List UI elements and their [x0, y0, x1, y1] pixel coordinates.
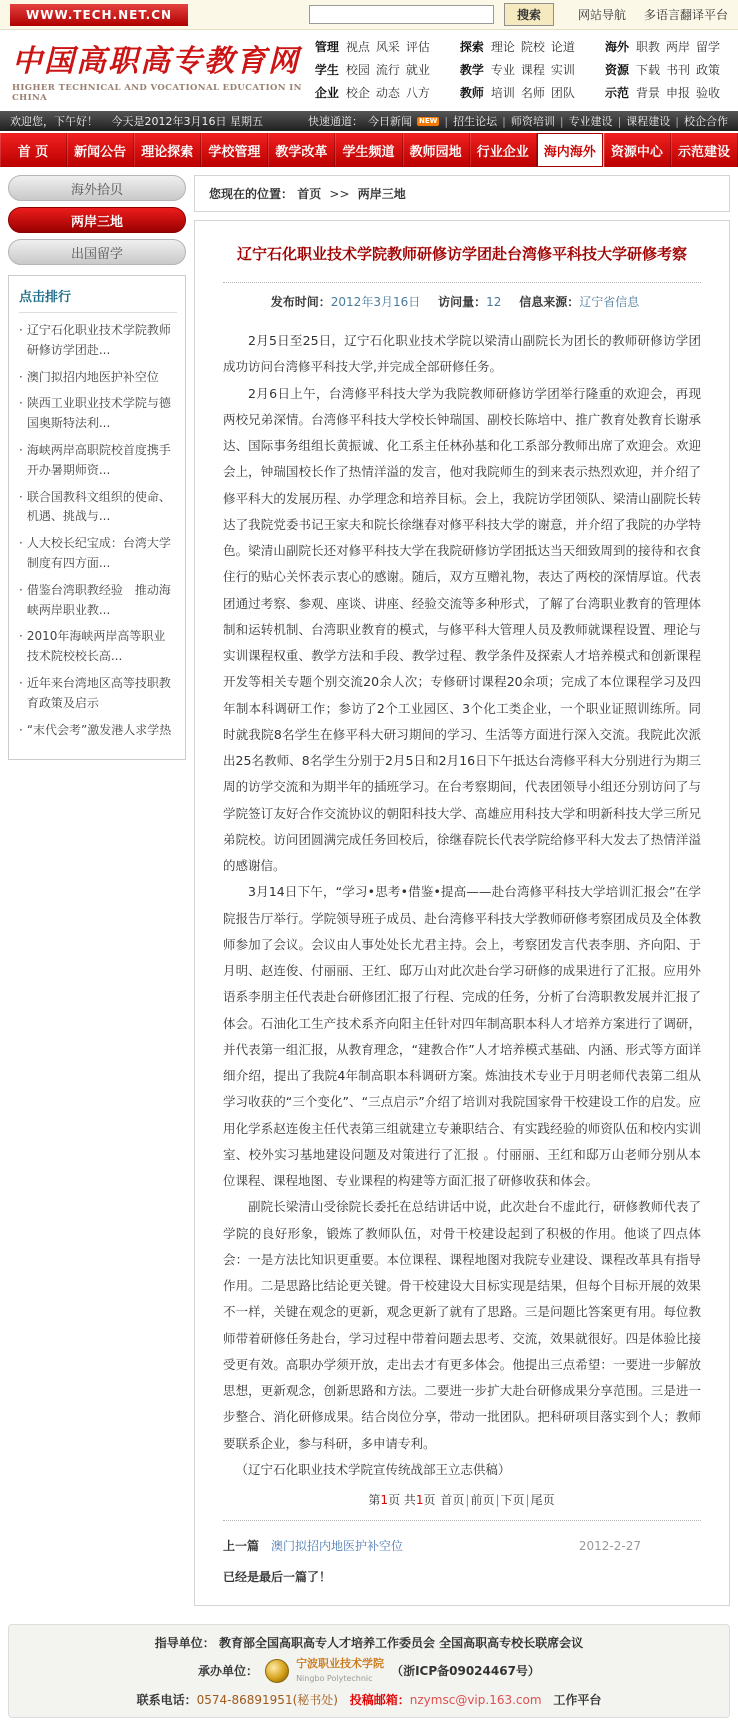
icp-number: （浙ICP备09024467号）: [391, 1662, 540, 1679]
breadcrumb-current-link[interactable]: 两岸三地: [358, 187, 406, 201]
group-head[interactable]: 资源: [605, 63, 629, 77]
group-link[interactable]: 动态: [376, 86, 400, 100]
rank-item[interactable]: ·近年来台湾地区高等技职教育政策及启示: [19, 674, 177, 714]
bullet-icon: ·: [19, 394, 23, 434]
group-link[interactable]: 课程: [521, 63, 545, 77]
bullet-icon: ·: [19, 581, 23, 621]
pagination-first-link[interactable]: 首页: [440, 1493, 464, 1507]
pagination-text: 页: [424, 1493, 436, 1507]
separator: |: [560, 115, 564, 128]
guidance-unit-value: 教育部全国高职高专人才培养工作委员会 全国高职高专校长联席会议: [219, 1636, 583, 1650]
rank-item[interactable]: ·联合国教科文组织的使命、机遇、挑战与...: [19, 488, 177, 528]
previous-article-row: 上一篇 澳门拟招内地医护补空位 2012-2-27: [223, 1537, 701, 1554]
source-value: 辽宁省信息: [579, 295, 639, 309]
group-link[interactable]: 论道: [551, 40, 575, 54]
group-head[interactable]: 示范: [605, 86, 629, 100]
site-url-badge[interactable]: WWW.TECH.NET.CN: [10, 4, 188, 26]
last-article-note: 已经是最后一篇了！: [223, 1568, 701, 1585]
group-link[interactable]: 评估: [406, 40, 430, 54]
nav-domestic-overseas-active[interactable]: 海内海外: [537, 133, 604, 167]
breadcrumb-label: 您现在的位置：: [209, 187, 293, 201]
group-link[interactable]: 流行: [376, 63, 400, 77]
group-link[interactable]: 八方: [406, 86, 430, 100]
quick-link-enrollment-forum[interactable]: 招生论坛: [453, 113, 497, 129]
separator: |: [495, 1493, 499, 1507]
article-meta: 发布时间：2012年3月16日 访问量：12 信息来源：辽宁省信息: [223, 293, 701, 310]
translate-link[interactable]: 多语言翻译平台: [644, 6, 728, 23]
nav-news[interactable]: 新闻公告: [67, 133, 134, 167]
nav-student-channel[interactable]: 学生频道: [335, 133, 402, 167]
visits-value: 12: [486, 295, 501, 309]
new-badge-icon: NEW: [417, 117, 439, 126]
bullet-icon: ·: [19, 721, 23, 741]
group-link[interactable]: 两岸: [666, 40, 690, 54]
breadcrumb: 您现在的位置： 首页 >> 两岸三地: [194, 175, 730, 212]
group-head[interactable]: 学生: [315, 63, 339, 77]
organizer-name-en: Ningbo Polytechnic: [296, 1674, 372, 1683]
separator: |: [618, 115, 622, 128]
article-body: 2月5日至25日，辽宁石化职业技术学院以梁清山副院长为团长的教师研修访学团成功访…: [223, 328, 701, 1483]
top-utility-bar: WWW.TECH.NET.CN 搜索 网站导航 多语言翻译平台: [0, 0, 738, 30]
submission-mail-link[interactable]: nzymsc@vip.163.com: [410, 1693, 542, 1707]
group-link[interactable]: 职教: [636, 40, 660, 54]
group-link[interactable]: 背景: [636, 86, 660, 100]
rank-item[interactable]: ·辽宁石化职业技术学院教师研修访学团赴...: [19, 321, 177, 361]
nav-teacher-garden[interactable]: 教师园地: [403, 133, 470, 167]
rank-item-text: “末代会考”激发港人求学热: [27, 721, 171, 741]
link-group-enterprise: 企业校企动态八方: [315, 84, 436, 101]
paragraph-4: 副院长梁清山受徐院长委托在总结讲话中说，此次赴台不虚此行，研修教师代表了学院的良…: [223, 1194, 701, 1457]
breadcrumb-home-link[interactable]: 首页: [297, 187, 321, 201]
logo[interactable]: 中国高职高专教育网 HIGHER TECHNICAL AND VOCATIONA…: [12, 36, 315, 103]
separator: |: [502, 115, 506, 128]
content-column: 您现在的位置： 首页 >> 两岸三地 辽宁石化职业技术学院教师研修访学团赴台湾修…: [194, 175, 730, 1606]
source-label: 信息来源：: [519, 295, 579, 309]
link-group-teaching: 教学专业课程实训: [460, 61, 581, 78]
rank-item-text: 陕西工业职业技术学院与德国奥斯特法利...: [27, 394, 177, 434]
separator: |: [526, 1493, 530, 1507]
rank-item[interactable]: ·陕西工业职业技术学院与德国奥斯特法利...: [19, 394, 177, 434]
previous-article-link[interactable]: 澳门拟招内地医护补空位: [271, 1537, 403, 1554]
visits-label: 访问量：: [438, 295, 486, 309]
bullet-icon: ·: [19, 627, 23, 667]
greeting-text: 欢迎您，下午好！: [10, 115, 98, 128]
rank-item[interactable]: ·海峡两岸高职院校首度携手开办暑期师资...: [19, 441, 177, 481]
quick-link-school-enterprise[interactable]: 校企合作: [684, 113, 728, 129]
welcome-bar: 欢迎您，下午好！ 今天是2012年3月16日 星期五 快速通道： 今日新闻 NE…: [0, 111, 738, 131]
quick-link-teacher-training[interactable]: 师资培训: [511, 113, 555, 129]
link-group-explore: 探索理论院校论道: [460, 38, 581, 55]
organizer-label: 承办单位：: [198, 1662, 258, 1679]
rank-item-text: 辽宁石化职业技术学院教师研修访学团赴...: [27, 321, 177, 361]
nav-theory[interactable]: 理论探索: [134, 133, 201, 167]
article-title: 辽宁石化职业技术学院教师研修访学团赴台湾修平科技大学研修考察: [223, 243, 701, 264]
click-ranking-list: ·辽宁石化职业技术学院教师研修访学团赴... ·澳门拟招内地医护补空位 ·陕西工…: [19, 321, 177, 740]
quick-link-major-building[interactable]: 专业建设: [569, 113, 613, 129]
group-link[interactable]: 理论: [491, 40, 515, 54]
nav-teaching-reform[interactable]: 教学改革: [268, 133, 335, 167]
rank-item-text: 近年来台湾地区高等技职教育政策及启示: [27, 674, 177, 714]
rank-item-text: 借鉴台湾职教经验 推动海峡两岸职业教...: [27, 581, 177, 621]
group-head[interactable]: 管理: [315, 40, 339, 54]
group-link[interactable]: 就业: [406, 63, 430, 77]
group-link[interactable]: 团队: [551, 86, 575, 100]
group-link[interactable]: 验收: [696, 86, 720, 100]
logo-subtitle: HIGHER TECHNICAL AND VOCATIONAL EDUCATIO…: [12, 83, 315, 103]
bullet-icon: ·: [19, 488, 23, 528]
pagination-prev-link[interactable]: 前页: [470, 1493, 494, 1507]
previous-article-date: 2012-2-27: [579, 1539, 641, 1553]
header: 中国高职高专教育网 HIGHER TECHNICAL AND VOCATIONA…: [0, 30, 738, 111]
bullet-icon: ·: [19, 368, 23, 388]
search-input[interactable]: [309, 5, 494, 24]
article-box: 辽宁石化职业技术学院教师研修访学团赴台湾修平科技大学研修考察 发布时间：2012…: [194, 220, 730, 1606]
phone-label: 联系电话：: [137, 1693, 197, 1707]
guidance-unit-label: 指导单位：: [155, 1636, 215, 1650]
paragraph-3: 3月14日下午，“学习•思考•借鉴•提高——赴台湾修平科技大学培训汇报会”在学院…: [223, 879, 701, 1194]
publish-time-label: 发布时间：: [271, 295, 331, 309]
ningbo-polytechnic-logo-icon: [265, 1659, 289, 1683]
organizer-name-cn: 宁波职业技术学院: [296, 1657, 384, 1670]
rank-item-text: 海峡两岸高职院校首度携手开办暑期师资...: [27, 441, 177, 481]
group-link[interactable]: 书刊: [666, 63, 690, 77]
topbar-links: 网站导航 多语言翻译平台: [578, 6, 728, 23]
group-link[interactable]: 培训: [491, 86, 515, 100]
separator: |: [465, 1493, 469, 1507]
quick-link-course-building[interactable]: 课程建设: [626, 113, 670, 129]
group-head[interactable]: 教学: [460, 63, 484, 77]
sidebar: 海外拾贝 两岸三地 出国留学 点击排行 ·辽宁石化职业技术学院教师研修访学团赴.…: [8, 175, 186, 760]
dotted-divider: [223, 282, 701, 283]
welcome-text: 欢迎您，下午好！ 今天是2012年3月16日 星期五: [10, 113, 273, 129]
group-link[interactable]: 院校: [521, 40, 545, 54]
article-attribution: （辽宁石化职业技术学院宣传统战部王立志供稿）: [223, 1457, 701, 1483]
bullet-icon: ·: [19, 534, 23, 574]
rank-item[interactable]: ·“末代会考”激发港人求学热: [19, 721, 177, 741]
group-head[interactable]: 教师: [460, 86, 484, 100]
nav-school-management[interactable]: 学校管理: [201, 133, 268, 167]
date-text: 今天是2012年3月16日 星期五: [112, 115, 264, 128]
group-link[interactable]: 校企: [346, 86, 370, 100]
group-head[interactable]: 探索: [460, 40, 484, 54]
group-link[interactable]: 风采: [376, 40, 400, 54]
rank-item[interactable]: ·借鉴台湾职教经验 推动海峡两岸职业教...: [19, 581, 177, 621]
paragraph-2: 2月6日上午，台湾修平科技大学为我院教师研修访学团举行隆重的欢迎会，再现两校兄弟…: [223, 381, 701, 880]
header-link-groups: 管理视点风采评估 学生校园流行就业 企业校企动态八方 探索理论院校论道 教学专业…: [315, 38, 726, 101]
site-nav-link[interactable]: 网站导航: [578, 6, 626, 23]
link-group-student: 学生校园流行就业: [315, 61, 436, 78]
quick-channel: 快速通道： 今日新闻 NEW | 招生论坛 | 师资培训 | 专业建设 | 课程…: [308, 113, 728, 129]
quick-channel-label: 快速通道：: [308, 113, 363, 129]
rank-item[interactable]: ·澳门拟招内地医护补空位: [19, 368, 177, 388]
footer-contact-line: 联系电话：0574-86891951(秘书处) 投稿邮箱：nzymsc@vip.…: [19, 1691, 719, 1708]
group-link[interactable]: 政策: [696, 63, 720, 77]
link-group-management: 管理视点风采评估: [315, 38, 436, 55]
dotted-divider: [223, 1520, 701, 1521]
sidebar-item-study-abroad[interactable]: 出国留学: [8, 239, 186, 265]
submission-mail-label: 投稿邮箱：: [350, 1693, 410, 1707]
breadcrumb-separator: >>: [329, 187, 349, 201]
group-link[interactable]: 视点: [346, 40, 370, 54]
group-link[interactable]: 留学: [696, 40, 720, 54]
footer: 指导单位： 教育部全国高职高专人才培养工作委员会 全国高职高专校长联席会议 承办…: [8, 1624, 730, 1718]
group-link[interactable]: 名师: [521, 86, 545, 100]
search-button[interactable]: 搜索: [504, 3, 554, 26]
rank-item-text: 人大校长纪宝成：台湾大学制度有四方面...: [27, 534, 177, 574]
group-link[interactable]: 校园: [346, 63, 370, 77]
group-head[interactable]: 企业: [315, 86, 339, 100]
link-group-teacher: 教师培训名师团队: [460, 84, 581, 101]
nav-model-building[interactable]: 示范建设: [671, 133, 738, 167]
rank-item[interactable]: ·人大校长纪宝成：台湾大学制度有四方面...: [19, 534, 177, 574]
separator: |: [444, 115, 448, 128]
rank-item-text: 2010年海峡两岸高等职业技术院校校长高...: [27, 627, 177, 667]
previous-article-label: 上一篇: [223, 1537, 259, 1554]
logo-title: 中国高职高专教育网: [12, 36, 315, 80]
pagination-next-link[interactable]: 下页: [501, 1493, 525, 1507]
footer-organizer-line: 承办单位： 宁波职业技术学院 Ningbo Polytechnic （浙ICP备…: [19, 1657, 719, 1685]
group-link[interactable]: 申报: [666, 86, 690, 100]
bullet-icon: ·: [19, 674, 23, 714]
group-link[interactable]: 专业: [491, 63, 515, 77]
click-ranking-box: 点击排行 ·辽宁石化职业技术学院教师研修访学团赴... ·澳门拟招内地医护补空位…: [8, 275, 186, 760]
paragraph-1: 2月5日至25日，辽宁石化职业技术学院以梁清山副院长为团长的教师研修访学团成功访…: [223, 328, 701, 381]
phone-value: 0574-86891951(秘书处): [197, 1693, 338, 1707]
nav-industry[interactable]: 行业企业: [470, 133, 537, 167]
main-nav: 首 页 新闻公告 理论探索 学校管理 教学改革 学生频道 教师园地 行业企业 海…: [0, 133, 738, 167]
footer-guidance-line: 指导单位： 教育部全国高职高专人才培养工作委员会 全国高职高专校长联席会议: [19, 1634, 719, 1651]
main-area: 海外拾贝 两岸三地 出国留学 点击排行 ·辽宁石化职业技术学院教师研修访学团赴.…: [0, 167, 738, 1614]
bullet-icon: ·: [19, 321, 23, 361]
pagination: 第1页 共1页 首页|前页|下页|尾页: [223, 1491, 701, 1508]
page: WWW.TECH.NET.CN 搜索 网站导航 多语言翻译平台 中国高职高专教育…: [0, 0, 738, 1718]
nav-resource-center[interactable]: 资源中心: [604, 133, 671, 167]
current-page-number: 1: [380, 1493, 388, 1507]
group-head[interactable]: 海外: [605, 40, 629, 54]
link-group-resource: 资源下载书刊政策: [605, 61, 726, 78]
pagination-text: 第: [368, 1493, 380, 1507]
rank-item-text: 澳门拟招内地医护补空位: [27, 368, 159, 388]
publish-time-value: 2012年3月16日: [331, 295, 420, 309]
link-group-model: 示范背景申报验收: [605, 84, 726, 101]
organizer-name[interactable]: 宁波职业技术学院 Ningbo Polytechnic: [296, 1657, 384, 1685]
rank-item[interactable]: ·2010年海峡两岸高等职业技术院校校长高...: [19, 627, 177, 667]
pagination-text: 页 共: [388, 1493, 416, 1507]
link-group-overseas: 海外职教两岸留学: [605, 38, 726, 55]
pagination-last-link[interactable]: 尾页: [531, 1493, 555, 1507]
today-news-link[interactable]: 今日新闻: [368, 113, 412, 129]
click-ranking-title: 点击排行: [19, 286, 177, 313]
total-page-number: 1: [416, 1493, 424, 1507]
rank-item-text: 联合国教科文组织的使命、机遇、挑战与...: [27, 488, 177, 528]
work-platform-link[interactable]: 工作平台: [553, 1693, 601, 1707]
nav-home[interactable]: 首 页: [0, 133, 67, 167]
bullet-icon: ·: [19, 441, 23, 481]
separator: |: [675, 115, 679, 128]
sidebar-item-cross-strait[interactable]: 两岸三地: [8, 207, 186, 233]
group-link[interactable]: 实训: [551, 63, 575, 77]
sidebar-item-overseas-gems[interactable]: 海外拾贝: [8, 175, 186, 201]
group-link[interactable]: 下载: [636, 63, 660, 77]
